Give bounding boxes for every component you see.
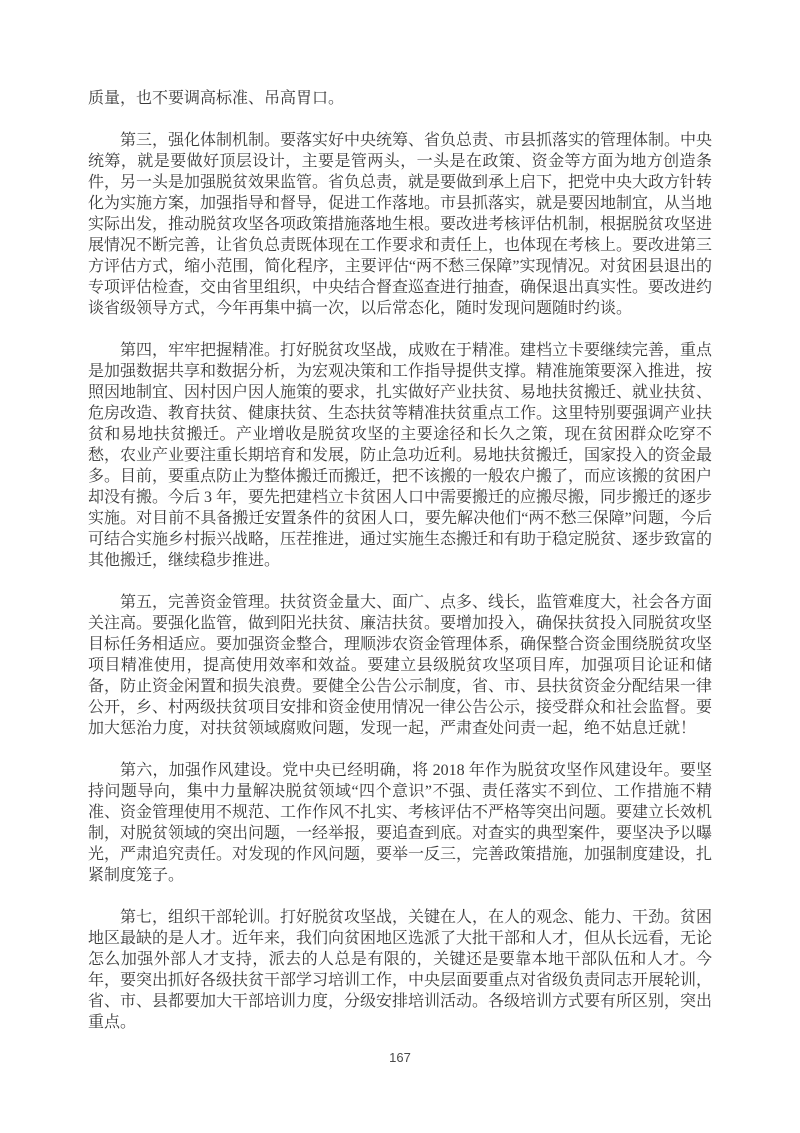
paragraph-third-point: 第三，强化体制机制。要落实好中央统筹、省负总责、市县抓落实的管理体制。中央统筹，… (88, 130, 712, 319)
paragraph-fifth-point: 第五，完善资金管理。扶贫资金量大、面广、点多、线长，监管难度大，社会各方面关注高… (88, 592, 712, 739)
page-number: 167 (0, 1050, 800, 1065)
paragraph-fourth-point: 第四，牢牢把握精准。打好脱贫攻坚战，成败在于精准。建档立卡要继续完善，重点是加强… (88, 340, 712, 571)
paragraph-continuation: 质量，也不要调高标准、吊高胃口。 (88, 88, 712, 109)
paragraph-sixth-point: 第六，加强作风建设。党中央已经明确，将 2018 年作为脱贫攻坚作风建设年。要坚… (88, 760, 712, 886)
paragraph-seventh-point: 第七，组织干部轮训。打好脱贫攻坚战，关键在人，在人的观念、能力、干劲。贫困地区最… (88, 907, 712, 1033)
text-block: 质量，也不要调高标准、吊高胃口。 第三，强化体制机制。要落实好中央统筹、省负总责… (88, 88, 712, 1054)
document-page: 质量，也不要调高标准、吊高胃口。 第三，强化体制机制。要落实好中央统筹、省负总责… (0, 0, 800, 1133)
